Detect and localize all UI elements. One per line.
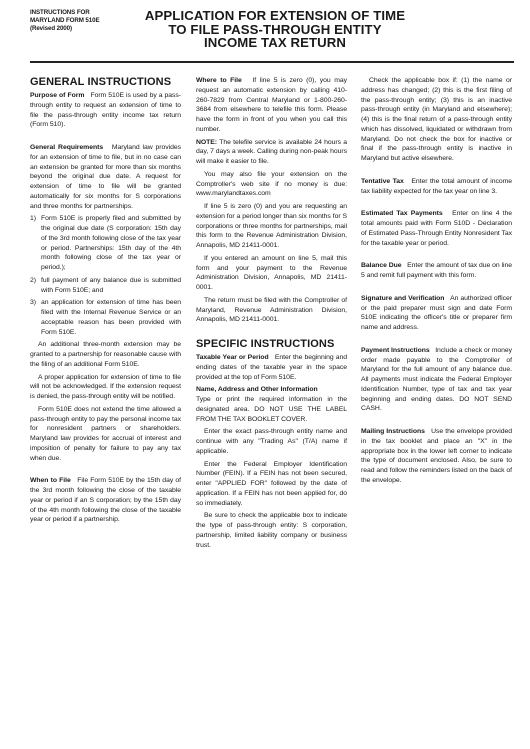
entity-type-paragraph: Be sure to check the applicable box to i…: [196, 511, 347, 550]
requirement-item: 2)full payment of any balance due is sub…: [30, 276, 181, 296]
note-text: The telefile service is available 24 hou…: [196, 139, 347, 166]
requirement-text: full payment of any balance due is submi…: [41, 277, 181, 294]
requirement-item: 3)an application for extension of time h…: [30, 298, 181, 337]
taxable-year-paragraph: Taxable Year or Period Enter the beginni…: [196, 353, 347, 382]
longer-extension-paragraph: If line 5 is zero (0) and you are reques…: [196, 202, 347, 251]
name-address-label: Name, Address and Other Information: [196, 386, 318, 393]
form-identifier: INSTRUCTIONS FOR MARYLAND FORM 510E (Rev…: [30, 9, 140, 33]
header-divider: [30, 61, 514, 63]
purpose-of-form-label: Purpose of Form: [30, 92, 84, 99]
acknowledgement-paragraph: A proper application for extension of ti…: [30, 373, 181, 402]
estimated-payments-label: Estimated Tax Payments: [361, 210, 443, 217]
when-to-file-label: When to File: [30, 477, 71, 484]
fein-paragraph: Enter the Federal Employer Identificatio…: [196, 460, 347, 509]
specific-instructions-heading: SPECIFIC INSTRUCTIONS: [196, 338, 347, 351]
form-identifier-line2: MARYLAND FORM 510E: [30, 17, 140, 25]
revision-date: (Revised 2000): [30, 25, 140, 33]
mailing-instructions-label: Mailing Instructions: [361, 428, 425, 435]
payment-instructions-label: Payment Instructions: [361, 347, 430, 354]
signature-label: Signature and Verification: [361, 295, 444, 302]
payment-mailing-paragraph: If you entered an amount on line 5, mail…: [196, 254, 347, 293]
requirement-number: 3): [30, 298, 36, 308]
requirement-number: 2): [30, 276, 36, 286]
time-to-pay-paragraph: Form 510E does not extend the time allow…: [30, 405, 181, 464]
where-to-file-label: Where to File: [196, 77, 242, 84]
general-instructions-heading: GENERAL INSTRUCTIONS: [30, 76, 181, 89]
check-box-paragraph: Check the applicable box if: (1) the nam…: [361, 76, 512, 164]
additional-extension-paragraph: An additional three-month extension may …: [30, 340, 181, 369]
column-2: Where to File If line 5 is zero (0), you…: [196, 76, 347, 553]
taxable-year-label: Taxable Year or Period: [196, 354, 269, 361]
balance-due-paragraph: Balance Due Enter the amount of tax due …: [361, 261, 512, 281]
balance-due-label: Balance Due: [361, 262, 402, 269]
name-address-text: Type or print the required information i…: [196, 396, 347, 423]
where-to-file-text: If line 5 is zero (0), you may request a…: [196, 77, 347, 133]
page-title-line3: INCOME TAX RETURN: [130, 36, 420, 50]
page-title-line1: APPLICATION FOR EXTENSION OF TIME: [130, 9, 420, 23]
mailing-instructions-paragraph: Mailing Instructions Use the envelope pr…: [361, 427, 512, 486]
telefile-note-paragraph: NOTE: The telefile service is available …: [196, 138, 347, 167]
name-address-paragraph: Name, Address and Other InformationType …: [196, 385, 347, 424]
return-filing-paragraph: The return must be filed with the Comptr…: [196, 296, 347, 325]
where-to-file-paragraph: Where to File If line 5 is zero (0), you…: [196, 76, 347, 135]
column-3: Check the applicable box if: (1) the nam…: [361, 76, 512, 489]
tentative-tax-paragraph: Tentative Tax Enter the total amount of …: [361, 177, 512, 197]
column-1: GENERAL INSTRUCTIONS Purpose of Form For…: [30, 76, 181, 528]
general-requirements-label: General Requirements: [30, 144, 103, 151]
mailing-instructions-text: Use the envelope provided in the tax boo…: [361, 428, 512, 484]
when-to-file-paragraph: When to File File Form 510E by the 15th …: [30, 476, 181, 525]
signature-paragraph: Signature and Verification An authorized…: [361, 294, 512, 333]
requirements-list: 1)Form 510E is properly filed and submit…: [30, 214, 181, 337]
note-label: NOTE:: [196, 139, 217, 146]
general-requirements-paragraph: General Requirements Maryland law provid…: [30, 143, 181, 211]
requirement-text: Form 510E is properly filed and submitte…: [41, 215, 181, 271]
form-identifier-line1: INSTRUCTIONS FOR: [30, 9, 140, 17]
payment-instructions-text: Include a check or money order made paya…: [361, 347, 512, 413]
requirement-item: 1)Form 510E is properly filed and submit…: [30, 214, 181, 273]
requirement-number: 1): [30, 214, 36, 224]
tentative-tax-label: Tentative Tax: [361, 178, 404, 185]
purpose-of-form-paragraph: Purpose of Form Form 510E is used by a p…: [30, 91, 181, 130]
requirement-text: an application for extension of time has…: [41, 299, 181, 335]
web-filing-paragraph: You may also file your extension on the …: [196, 170, 347, 199]
estimated-payments-paragraph: Estimated Tax Payments Enter on line 4 t…: [361, 209, 512, 248]
general-requirements-text: Maryland law provides for an extension o…: [30, 144, 181, 210]
page-title-line2: TO FILE PASS-THROUGH ENTITY: [130, 23, 420, 37]
entity-name-paragraph: Enter the exact pass-through entity name…: [196, 427, 347, 456]
page-title: APPLICATION FOR EXTENSION OF TIME TO FIL…: [130, 9, 420, 50]
payment-instructions-paragraph: Payment Instructions Include a check or …: [361, 346, 512, 414]
